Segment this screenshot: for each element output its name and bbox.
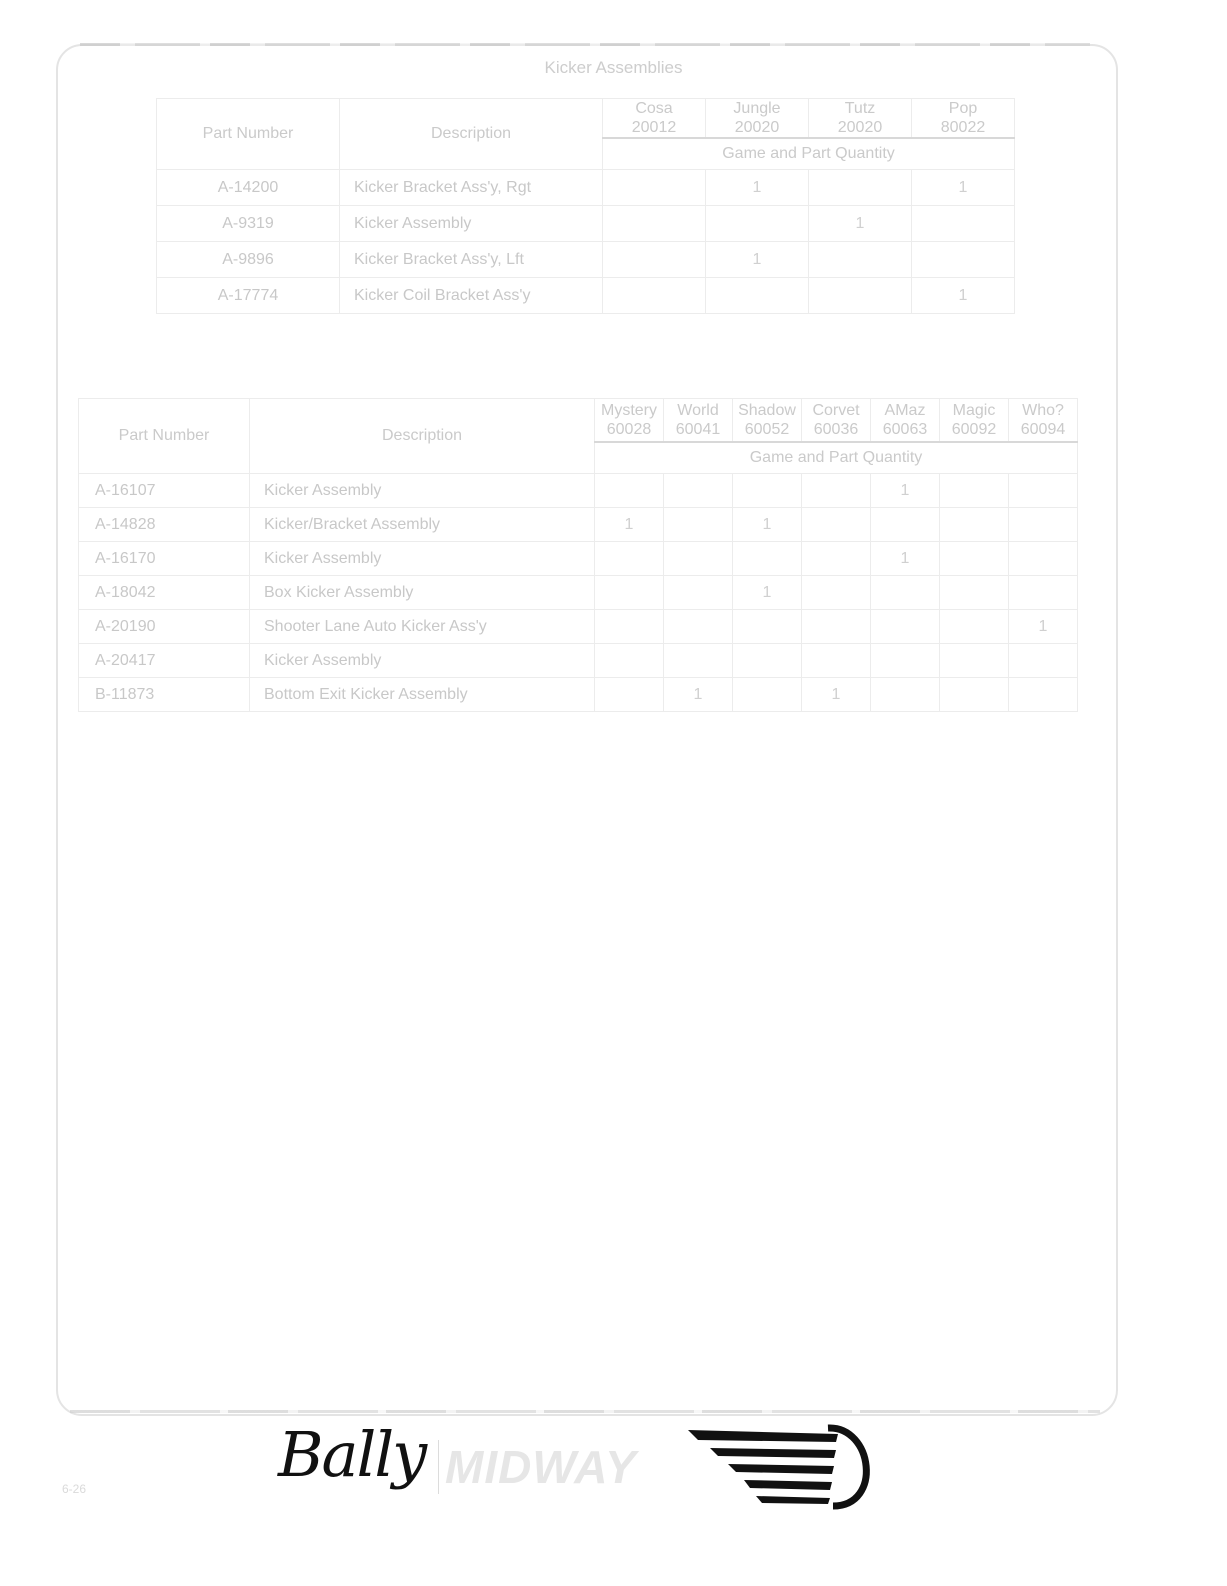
part-number-cell: A-20190 (79, 610, 250, 644)
header-game: Cosa20012 (603, 99, 706, 139)
quantity-cell (802, 644, 871, 678)
header-game: Shadow60052 (733, 399, 802, 443)
quantity-cell (871, 678, 940, 712)
logo-bally-script: Bally (278, 1418, 425, 1491)
quantity-cell (603, 170, 706, 206)
quantity-cell: 1 (871, 474, 940, 508)
table-row: A-16170Kicker Assembly1 (79, 542, 1078, 576)
part-number-cell: A-16107 (79, 474, 250, 508)
part-number-cell: A-20417 (79, 644, 250, 678)
quantity-cell: 1 (733, 508, 802, 542)
quantity-cell: 1 (706, 170, 809, 206)
quantity-cell (940, 474, 1009, 508)
page-number: 6-26 (62, 1482, 86, 1496)
quantity-cell (664, 474, 733, 508)
quantity-cell: 1 (912, 170, 1015, 206)
description-cell: Box Kicker Assembly (250, 576, 595, 610)
quantity-cell (802, 542, 871, 576)
description-cell: Bottom Exit Kicker Assembly (250, 678, 595, 712)
quantity-cell: 1 (809, 206, 912, 242)
quantity-cell (706, 278, 809, 314)
header-game: Magic60092 (940, 399, 1009, 443)
quantity-cell (1009, 474, 1078, 508)
description-cell: Kicker/Bracket Assembly (250, 508, 595, 542)
quantity-cell (733, 610, 802, 644)
quantity-cell (809, 170, 912, 206)
page-title: Kicker Assemblies (0, 58, 1227, 78)
quantity-cell (733, 678, 802, 712)
table-row: A-20417Kicker Assembly (79, 644, 1078, 678)
header-game: Pop80022 (912, 99, 1015, 139)
quantity-cell (809, 242, 912, 278)
quantity-cell: 1 (912, 278, 1015, 314)
quantity-cell (664, 576, 733, 610)
quantity-cell (1009, 644, 1078, 678)
part-number-cell: A-16170 (79, 542, 250, 576)
bally-midway-logo: Bally MIDWAY (278, 1418, 898, 1518)
kicker-table-1: Part Number Description Cosa20012 Jungle… (156, 98, 1015, 314)
quantity-cell (940, 508, 1009, 542)
quantity-cell (1009, 542, 1078, 576)
winged-ball-icon (688, 1418, 888, 1514)
header-game: World60041 (664, 399, 733, 443)
quantity-cell (802, 508, 871, 542)
quantity-cell: 1 (706, 242, 809, 278)
quantity-cell (940, 576, 1009, 610)
header-game: Tutz20020 (809, 99, 912, 139)
quantity-cell (603, 242, 706, 278)
table-row: A-20190Shooter Lane Auto Kicker Ass'y1 (79, 610, 1078, 644)
part-number-cell: A-9896 (157, 242, 340, 278)
quantity-cell (940, 678, 1009, 712)
quantity-cell (1009, 576, 1078, 610)
quantity-cell (733, 474, 802, 508)
table-row: A-18042Box Kicker Assembly1 (79, 576, 1078, 610)
quantity-cell: 1 (871, 542, 940, 576)
description-cell: Kicker Coil Bracket Ass'y (340, 278, 603, 314)
table-row: A-14200Kicker Bracket Ass'y, Rgt11 (157, 170, 1015, 206)
kicker-table-2: Part Number Description Mystery60028 Wor… (78, 398, 1078, 712)
quantity-cell: 1 (595, 508, 664, 542)
part-number-cell: A-9319 (157, 206, 340, 242)
quantity-cell (595, 644, 664, 678)
quantity-cell (809, 278, 912, 314)
quantity-cell (1009, 508, 1078, 542)
quantity-cell: 1 (664, 678, 733, 712)
frame-bottom-edge (70, 1410, 1100, 1413)
description-cell: Kicker Bracket Ass'y, Rgt (340, 170, 603, 206)
header-game: Mystery60028 (595, 399, 664, 443)
header-game: Who?60094 (1009, 399, 1078, 443)
header-game: AMaz60063 (871, 399, 940, 443)
description-cell: Kicker Assembly (250, 644, 595, 678)
part-number-cell: A-14828 (79, 508, 250, 542)
quantity-cell (664, 508, 733, 542)
quantity-cell (595, 610, 664, 644)
quantity-cell (802, 474, 871, 508)
quantity-cell: 1 (802, 678, 871, 712)
description-cell: Kicker Assembly (250, 542, 595, 576)
table-row: A-14828Kicker/Bracket Assembly11 (79, 508, 1078, 542)
quantity-cell (603, 206, 706, 242)
quantity-cell (940, 542, 1009, 576)
subheader-game-quantity: Game and Part Quantity (603, 138, 1015, 170)
quantity-cell (595, 576, 664, 610)
quantity-cell (871, 508, 940, 542)
part-number-cell: B-11873 (79, 678, 250, 712)
quantity-cell (912, 206, 1015, 242)
quantity-cell (940, 610, 1009, 644)
frame-top-edge (80, 43, 1090, 46)
description-cell: Shooter Lane Auto Kicker Ass'y (250, 610, 595, 644)
quantity-cell (603, 278, 706, 314)
logo-midway-text: MIDWAY (438, 1440, 637, 1494)
description-cell: Kicker Assembly (340, 206, 603, 242)
table-row: B-11873Bottom Exit Kicker Assembly11 (79, 678, 1078, 712)
quantity-cell (706, 206, 809, 242)
table-row: A-9319Kicker Assembly1 (157, 206, 1015, 242)
quantity-cell (664, 542, 733, 576)
header-part-number: Part Number (79, 399, 250, 474)
quantity-cell (595, 474, 664, 508)
quantity-cell (1009, 678, 1078, 712)
quantity-cell (733, 542, 802, 576)
quantity-cell (871, 610, 940, 644)
description-cell: Kicker Bracket Ass'y, Lft (340, 242, 603, 278)
quantity-cell (802, 610, 871, 644)
quantity-cell (664, 644, 733, 678)
quantity-cell (871, 644, 940, 678)
part-number-cell: A-18042 (79, 576, 250, 610)
part-number-cell: A-17774 (157, 278, 340, 314)
quantity-cell (733, 644, 802, 678)
header-description: Description (250, 399, 595, 474)
quantity-cell (940, 644, 1009, 678)
table-row: A-9896Kicker Bracket Ass'y, Lft1 (157, 242, 1015, 278)
quantity-cell (664, 610, 733, 644)
part-number-cell: A-14200 (157, 170, 340, 206)
header-part-number: Part Number (157, 99, 340, 170)
header-game: Jungle20020 (706, 99, 809, 139)
quantity-cell (802, 576, 871, 610)
quantity-cell: 1 (733, 576, 802, 610)
subheader-game-quantity: Game and Part Quantity (595, 442, 1078, 474)
header-description: Description (340, 99, 603, 170)
table-row: A-16107Kicker Assembly1 (79, 474, 1078, 508)
quantity-cell (912, 242, 1015, 278)
table-row: A-17774Kicker Coil Bracket Ass'y1 (157, 278, 1015, 314)
quantity-cell (595, 542, 664, 576)
quantity-cell (595, 678, 664, 712)
quantity-cell: 1 (1009, 610, 1078, 644)
header-game: Corvet60036 (802, 399, 871, 443)
quantity-cell (871, 576, 940, 610)
description-cell: Kicker Assembly (250, 474, 595, 508)
